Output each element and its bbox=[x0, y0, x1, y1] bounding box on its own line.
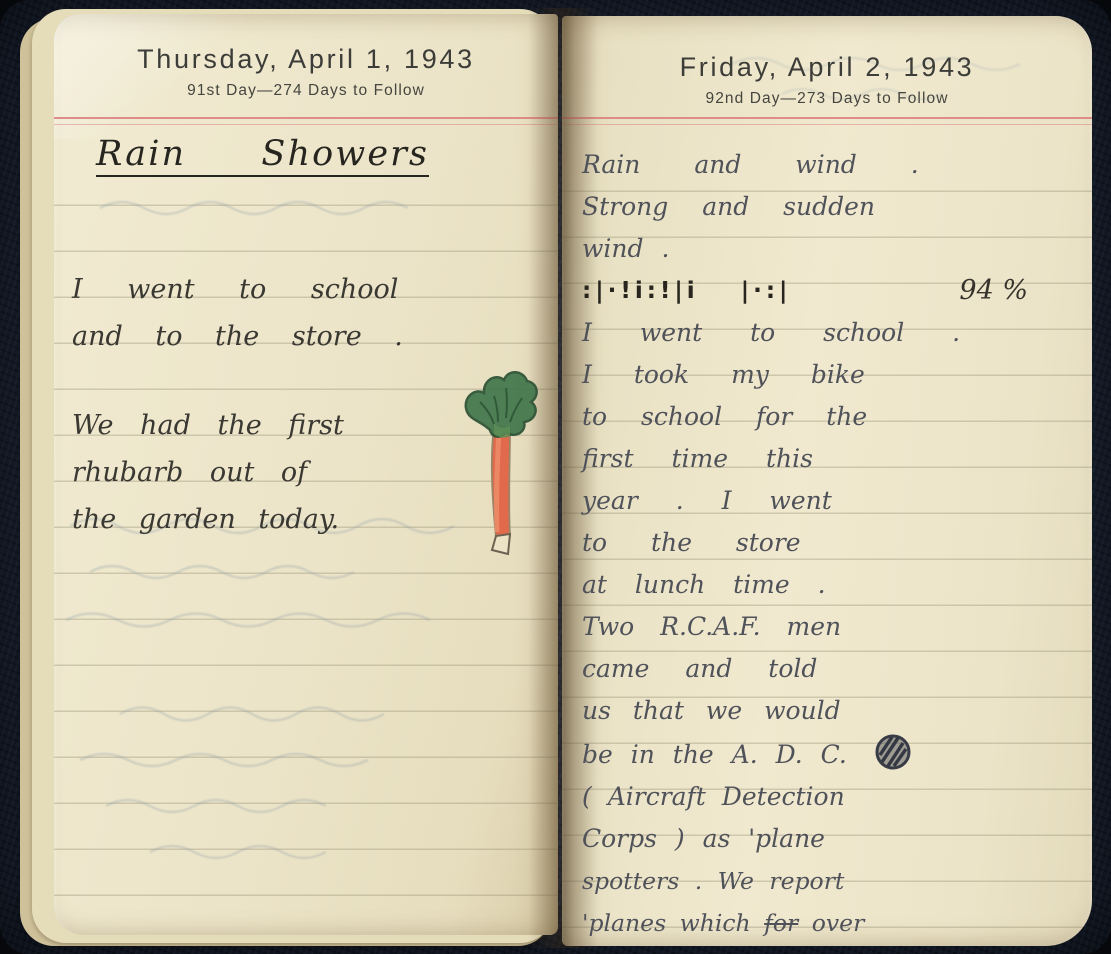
entry-title-handwritten: Rain Showers bbox=[96, 134, 429, 174]
handwritten-line: and to the store . bbox=[72, 313, 403, 360]
handwritten-line: to school for the bbox=[582, 396, 1086, 438]
handwritten-line: rhubarb out of bbox=[72, 449, 344, 496]
printed-date: Thursday, April 1, 1943 bbox=[54, 44, 558, 75]
handwritten-line: I went to school bbox=[72, 266, 403, 313]
handwritten-line: Rain and wind . bbox=[582, 144, 1086, 186]
printed-day-count: 91st Day—274 Days to Follow bbox=[54, 82, 558, 100]
handwritten-line: I took my bike bbox=[582, 354, 1086, 396]
percent-value: 94 % bbox=[959, 270, 1028, 312]
handwritten-text: over bbox=[812, 909, 865, 937]
handwritten-line: first time this bbox=[582, 438, 1086, 480]
handwritten-line: came and told bbox=[582, 648, 1086, 690]
right-page: Friday, April 2, 1943 92nd Day—273 Days … bbox=[562, 16, 1092, 946]
handwritten-text: 'planes which bbox=[582, 909, 751, 937]
shorthand-marks: |·:| bbox=[741, 270, 792, 312]
handwritten-line: us that we would bbox=[582, 690, 1086, 732]
printed-day-count: 92nd Day—273 Days to Follow bbox=[562, 90, 1092, 108]
red-margin-rule bbox=[54, 117, 558, 125]
handwritten-line-with-scribble: be in the A. D. C. bbox=[582, 732, 1086, 776]
entry-title-text: Rain Showers bbox=[96, 134, 429, 177]
shorthand-marks: :|·!i:!|i bbox=[582, 270, 699, 312]
left-page: Thursday, April 1, 1943 91st Day—274 Day… bbox=[54, 14, 558, 935]
handwritten-line: Two R.C.A.F. men bbox=[582, 606, 1086, 648]
handwritten-line: wind . bbox=[582, 228, 1086, 270]
printed-page-header: Thursday, April 1, 1943 91st Day—274 Day… bbox=[54, 44, 558, 100]
handwritten-line-with-strikethrough: 'planes which for over bbox=[582, 902, 1086, 944]
handwritten-line: year . I went bbox=[582, 480, 1086, 522]
handwritten-line: Strong and sudden bbox=[582, 186, 1086, 228]
handwritten-line: We had the first bbox=[72, 402, 344, 449]
handwritten-text: be in the A. D. C. bbox=[582, 740, 847, 769]
handwritten-line: spotters . We report bbox=[582, 860, 1086, 902]
rhubarb-drawing bbox=[450, 366, 544, 568]
red-margin-rule bbox=[562, 117, 1092, 125]
shorthand-tally-line: :|·!i:!|i |·:| 94 % bbox=[582, 270, 1086, 312]
handwritten-line: ( Aircraft Detection bbox=[582, 776, 1086, 818]
diary-paragraph: I went to school and to the store . bbox=[72, 266, 403, 360]
handwritten-line: to the store bbox=[582, 522, 1086, 564]
handwritten-line: I went to school . bbox=[582, 312, 1086, 354]
diary-paragraph: We had the first rhubarb out of the gard… bbox=[72, 402, 344, 543]
handwritten-line: Corps ) as 'plane bbox=[582, 818, 1086, 860]
diary-entry-text: Rain and wind . Strong and sudden wind .… bbox=[582, 144, 1086, 944]
ink-scribble-blot bbox=[873, 732, 913, 772]
printed-page-header: Friday, April 2, 1943 92nd Day—273 Days … bbox=[562, 52, 1092, 108]
handwritten-line: the garden today. bbox=[72, 496, 344, 543]
handwritten-line: at lunch time . bbox=[582, 564, 1086, 606]
struck-out-word: for bbox=[764, 909, 798, 937]
printed-date: Friday, April 2, 1943 bbox=[562, 52, 1092, 83]
diary-scan: Thursday, April 1, 1943 91st Day—274 Day… bbox=[0, 0, 1111, 954]
